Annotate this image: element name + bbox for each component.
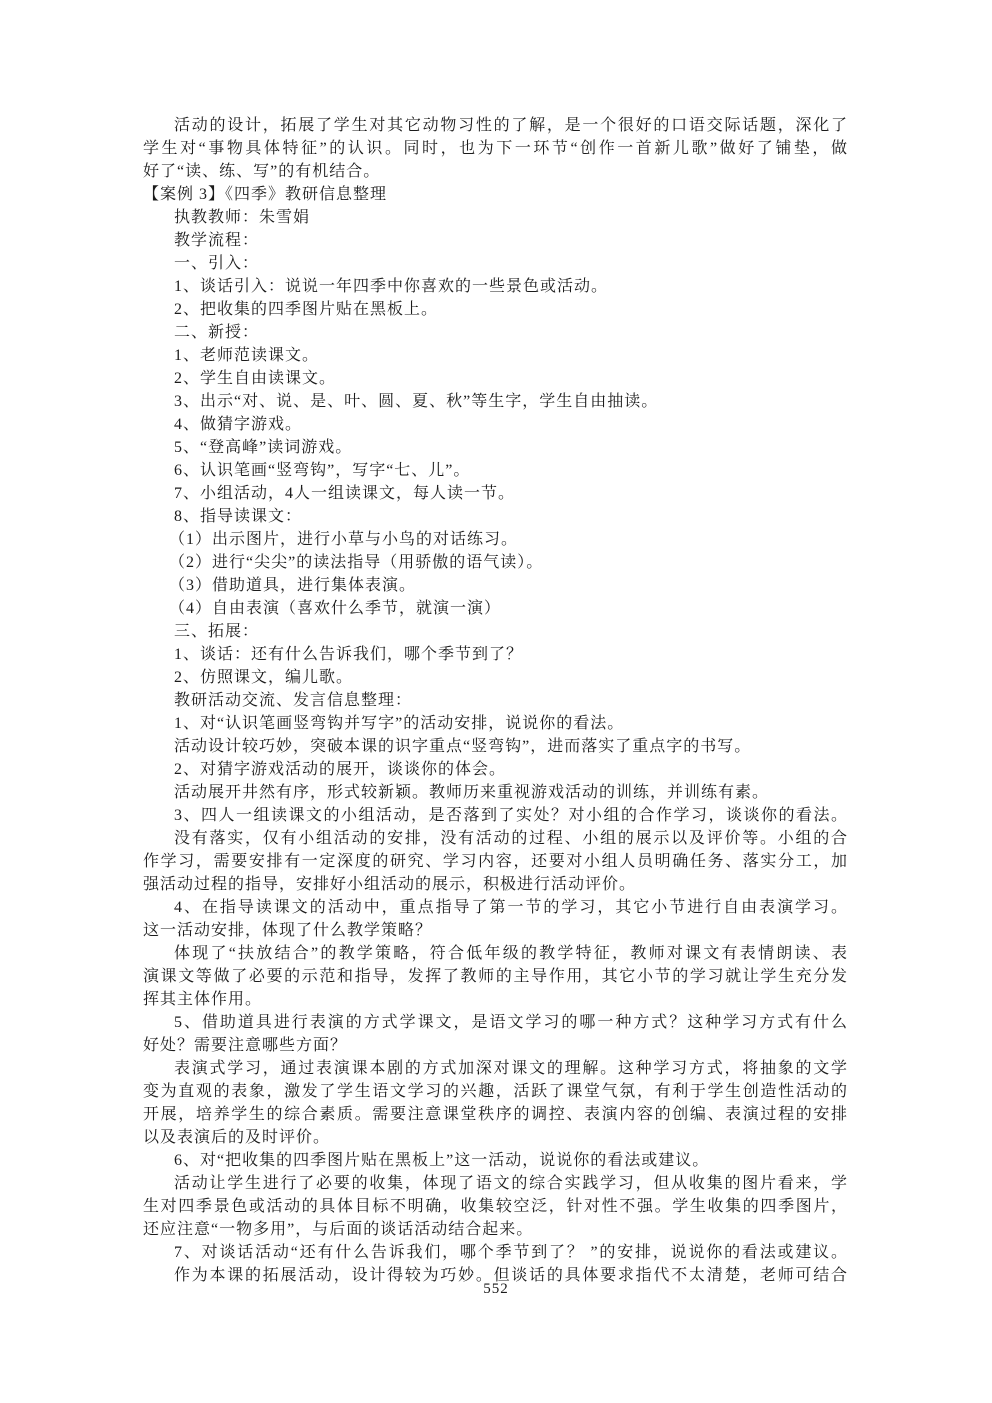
- text-line: （4）自由表演（喜欢什么季节，就演一演）: [143, 597, 848, 620]
- text-line: 没有落实，仅有小组活动的安排，没有活动的过程、小组的展示以及评价等。小组的合: [143, 827, 848, 850]
- text-line: 活动的设计，拓展了学生对其它动物习性的了解，是一个很好的口语交际话题，深化了: [143, 114, 848, 137]
- text-line: 体现了“扶放结合”的教学策略，符合低年级的教学特征，教师对课文有表情朗读、表: [143, 942, 848, 965]
- text-line: 1、老师范读课文。: [143, 344, 848, 367]
- document-lines: 活动的设计，拓展了学生对其它动物习性的了解，是一个很好的口语交际话题，深化了学生…: [143, 114, 848, 1287]
- text-line: （2）进行“尖尖”的读法指导（用骄傲的语气读）。: [143, 551, 848, 574]
- text-line: 好了“读、练、写”的有机结合。: [143, 160, 848, 183]
- text-line: 变为直观的表象，激发了学生语文学习的兴趣，活跃了课堂气氛，有利于学生创造性活动的: [143, 1080, 848, 1103]
- text-line: 1、对“认识笔画竖弯钩并写字”的活动安排，说说你的看法。: [143, 712, 848, 735]
- text-line: 作学习，需要安排有一定深度的研究、学习内容，还要对小组人员明确任务、落实分工，加: [143, 850, 848, 873]
- text-line: 三、拓展：: [143, 620, 848, 643]
- text-line: 7、小组活动，4人一组读课文，每人读一节。: [143, 482, 848, 505]
- text-line: 4、在指导读课文的活动中，重点指导了第一节的学习，其它小节进行自由表演学习。: [143, 896, 848, 919]
- text-line: 生对四季景色或活动的具体目标不明确，收集较空泛，针对性不强。学生收集的四季图片，: [143, 1195, 848, 1218]
- text-line: 演课文等做了必要的示范和指导，发挥了教师的主导作用，其它小节的学习就让学生充分发: [143, 965, 848, 988]
- text-line: 3、四人一组读课文的小组活动，是否落到了实处？对小组的合作学习，谈谈你的看法。: [143, 804, 848, 827]
- text-line: 【案例 3】《四季》教研信息整理: [143, 183, 848, 206]
- text-line: 还应注意“一物多用”，与后面的谈话活动结合起来。: [143, 1218, 848, 1241]
- text-line: 5、“登高峰”读词游戏。: [143, 436, 848, 459]
- text-line: 活动让学生进行了必要的收集，体现了语文的综合实践学习，但从收集的图片看来，学: [143, 1172, 848, 1195]
- text-line: 1、谈话引入：说说一年四季中你喜欢的一些景色或活动。: [143, 275, 848, 298]
- text-line: 2、把收集的四季图片贴在黑板上。: [143, 298, 848, 321]
- text-line: 一、引入：: [143, 252, 848, 275]
- text-line: 教研活动交流、发言信息整理：: [143, 689, 848, 712]
- text-line: 3、出示“对、说、是、叶、圆、夏、秋”等生字，学生自由抽读。: [143, 390, 848, 413]
- text-line: 开展，培养学生的综合素质。需要注意课堂秩序的调控、表演内容的创编、表演过程的安排: [143, 1103, 848, 1126]
- text-line: 这一活动安排，体现了什么教学策略？: [143, 919, 848, 942]
- text-line: 活动设计较巧妙，突破本课的识字重点“竖弯钩”，进而落实了重点字的书写。: [143, 735, 848, 758]
- text-line: （1）出示图片，进行小草与小鸟的对话练习。: [143, 528, 848, 551]
- text-line: 6、对“把收集的四季图片贴在黑板上”这一活动，说说你的看法或建议。: [143, 1149, 848, 1172]
- text-line: 5、借助道具进行表演的方式学课文，是语文学习的哪一种方式？这种学习方式有什么: [143, 1011, 848, 1034]
- text-line: 表演式学习，通过表演课本剧的方式加深对课文的理解。这种学习方式，将抽象的文学: [143, 1057, 848, 1080]
- page-number: 552: [0, 1281, 992, 1298]
- text-line: 挥其主体作用。: [143, 988, 848, 1011]
- text-line: 执教教师：朱雪娟: [143, 206, 848, 229]
- text-line: 好处？需要注意哪些方面？: [143, 1034, 848, 1057]
- text-line: 学生对“事物具体特征”的认识。同时，也为下一环节“创作一首新儿歌”做好了铺垫，做: [143, 137, 848, 160]
- text-line: 二、新授：: [143, 321, 848, 344]
- text-line: 2、仿照课文，编儿歌。: [143, 666, 848, 689]
- text-line: 活动展开井然有序，形式较新颖。教师历来重视游戏活动的训练，并训练有素。: [143, 781, 848, 804]
- text-line: （3）借助道具，进行集体表演。: [143, 574, 848, 597]
- text-line: 教学流程：: [143, 229, 848, 252]
- document-page: 活动的设计，拓展了学生对其它动物习性的了解，是一个很好的口语交际话题，深化了学生…: [0, 0, 992, 1403]
- text-line: 4、做猜字游戏。: [143, 413, 848, 436]
- text-line: 2、学生自由读课文。: [143, 367, 848, 390]
- text-line: 7、对谈话活动“还有什么告诉我们，哪个季节到了？ ”的安排，说说你的看法或建议。: [143, 1241, 848, 1264]
- text-line: 强活动过程的指导，安排好小组活动的展示，积极进行活动评价。: [143, 873, 848, 896]
- text-line: 6、认识笔画“竖弯钩”，写字“七、儿”。: [143, 459, 848, 482]
- text-line: 以及表演后的及时评价。: [143, 1126, 848, 1149]
- text-line: 1、谈话：还有什么告诉我们，哪个季节到了？: [143, 643, 848, 666]
- text-line: 2、对猜字游戏活动的展开，谈谈你的体会。: [143, 758, 848, 781]
- text-line: 8、指导读课文：: [143, 505, 848, 528]
